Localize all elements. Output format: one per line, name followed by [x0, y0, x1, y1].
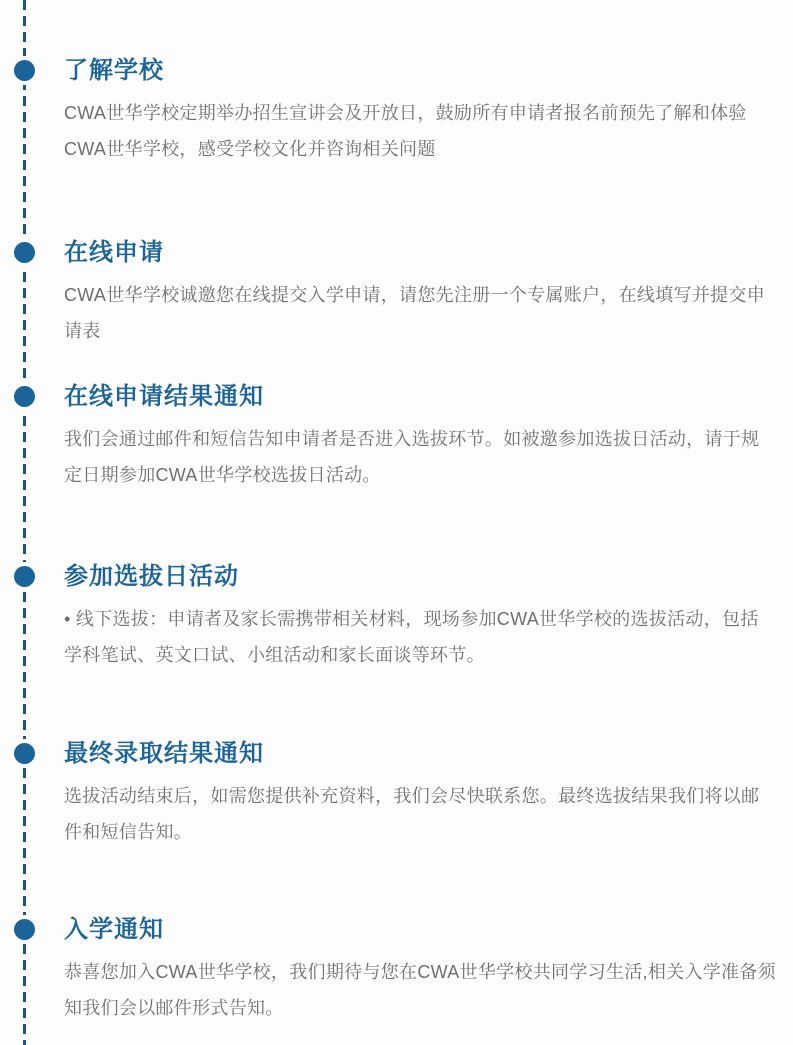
- step-description: 选拔活动结束后，如需您提供补充资料，我们会尽快联系您。最终选拔结果我们将以邮件和…: [64, 778, 776, 850]
- step-description: • 线下选拔：申请者及家长需携带相关材料，现场参加CWA世华学校的选拔活动，包括…: [64, 601, 776, 673]
- step-title: 入学通知: [64, 916, 776, 944]
- timeline-dot-icon: [14, 566, 35, 587]
- timeline-dot-icon: [14, 919, 35, 940]
- step-title: 在线申请结果通知: [64, 383, 776, 411]
- timeline-step-final-admission-notice: 最终录取结果通知 选拔活动结束后，如需您提供补充资料，我们会尽快联系您。最终选拔…: [64, 740, 776, 850]
- timeline-step-know-school: 了解学校 CWA世华学校定期举办招生宣讲会及开放日，鼓励所有申请者报名前预先了解…: [64, 57, 776, 167]
- step-title: 最终录取结果通知: [64, 740, 776, 768]
- step-description: 恭喜您加入CWA世华学校，我们期待与您在CWA世华学校共同学习生活,相关入学准备…: [64, 954, 776, 1026]
- timeline-dot-icon: [14, 743, 35, 764]
- step-title: 了解学校: [64, 57, 776, 85]
- timeline-dashed-rail: [23, 0, 26, 1045]
- step-description: CWA世华学校定期举办招生宣讲会及开放日，鼓励所有申请者报名前预先了解和体验CW…: [64, 95, 776, 167]
- step-description: CWA世华学校诚邀您在线提交入学申请，请您先注册一个专属账户，在线填写并提交申请…: [64, 277, 776, 349]
- timeline-step-online-application: 在线申请 CWA世华学校诚邀您在线提交入学申请，请您先注册一个专属账户，在线填写…: [64, 239, 776, 349]
- step-description: 我们会通过邮件和短信告知申请者是否进入选拔环节。如被邀参加选拔日活动，请于规定日…: [64, 421, 776, 493]
- step-title: 参加选拔日活动: [64, 563, 776, 591]
- timeline-step-enrollment-notice: 入学通知 恭喜您加入CWA世华学校，我们期待与您在CWA世华学校共同学习生活,相…: [64, 916, 776, 1026]
- step-title: 在线申请: [64, 239, 776, 267]
- admissions-timeline-page: 了解学校 CWA世华学校定期举办招生宣讲会及开放日，鼓励所有申请者报名前预先了解…: [0, 0, 793, 1045]
- timeline-dot-icon: [14, 60, 35, 81]
- timeline-step-selection-day: 参加选拔日活动 • 线下选拔：申请者及家长需携带相关材料，现场参加CWA世华学校…: [64, 563, 776, 673]
- timeline-dot-icon: [14, 242, 35, 263]
- timeline-step-application-result-notice: 在线申请结果通知 我们会通过邮件和短信告知申请者是否进入选拔环节。如被邀参加选拔…: [64, 383, 776, 493]
- timeline-dot-icon: [14, 386, 35, 407]
